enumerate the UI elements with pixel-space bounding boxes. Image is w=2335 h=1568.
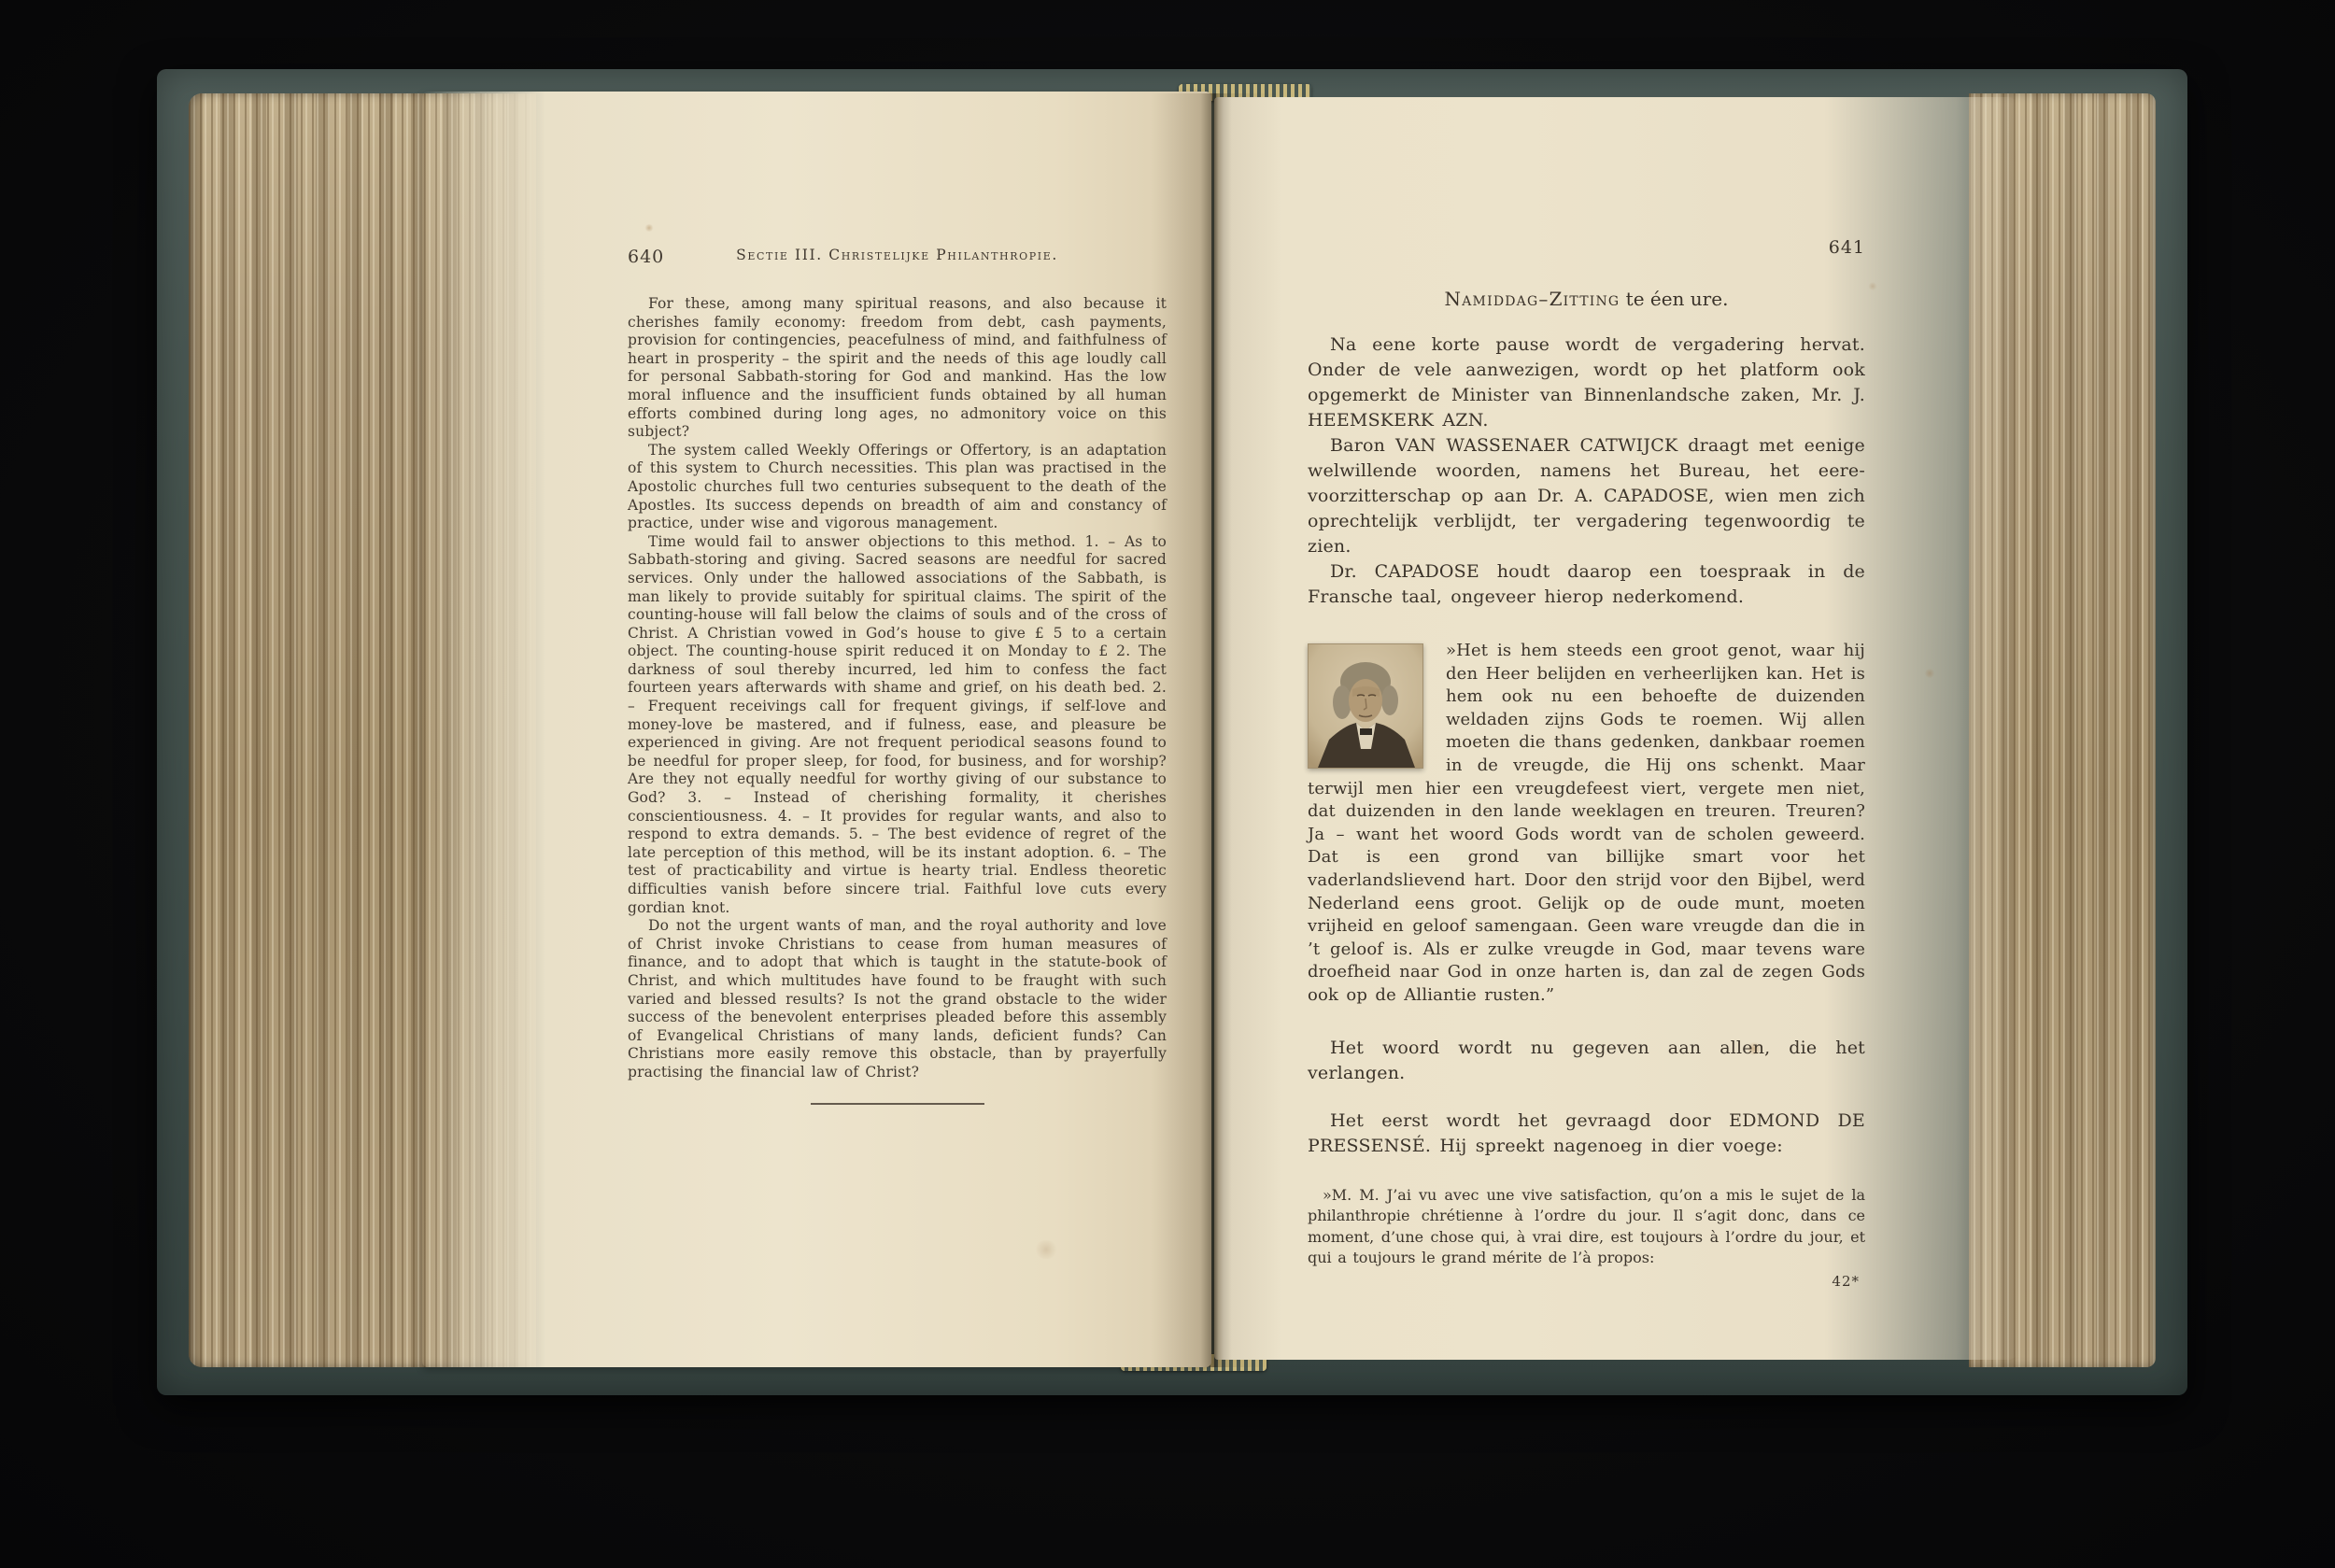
paragraph-dr-capadose: Dr. CAPADOSE houdt daarop een toespraak … [1308, 559, 1865, 610]
session-title-main: Namiddag–Zitting [1445, 288, 1620, 310]
paragraph-baron-van-wassenaer: Baron VAN WASSENAER CATWIJCK draagt met … [1308, 433, 1865, 559]
paragraph-weekly-offerings: The system called Weekly Offerings or Of… [628, 442, 1167, 533]
paragraph-het-woord: Het woord wordt nu gegeven aan allen, di… [1308, 1036, 1865, 1086]
session-title: Namiddag–Zitting te éen ure. [1308, 288, 1865, 310]
portrait-illustration [1309, 644, 1422, 768]
left-page-header: 640 Sectie III. Christelijke Philanthrop… [628, 247, 1167, 271]
capadose-quote-block: »Het is hem steeds een groot genot, waar… [1308, 640, 1865, 1008]
paragraph-na-eene-korte-pause: Na eene korte pause wordt de vergadering… [1308, 332, 1865, 433]
session-title-rest: te éen ure. [1626, 288, 1729, 310]
left-page-number: 640 [628, 247, 664, 267]
section-header: Sectie III. Christelijke Philanthropie. [628, 247, 1167, 263]
right-page: 641 Namiddag–Zitting te éen ure. Na eene… [1214, 97, 2017, 1360]
portrait-photo [1308, 643, 1423, 769]
section-divider-rule [811, 1103, 984, 1105]
right-page-number: 641 [1308, 237, 1865, 258]
paragraph-for-these: For these, among many spiritual reasons,… [628, 295, 1167, 442]
left-page: 640 Sectie III. Christelijke Philanthrop… [422, 92, 1211, 1367]
foxing-spot [1924, 669, 1935, 678]
paragraph-french-speech: »M. M. J’ai vu avec une vive satisfactio… [1308, 1185, 1865, 1269]
signature-mark: 42* [1308, 1273, 1865, 1290]
foxing-spot [1034, 1240, 1058, 1259]
photo-backdrop: 640 Sectie III. Christelijke Philanthrop… [0, 0, 2335, 1568]
foxing-spot [1868, 282, 1877, 290]
paragraph-urgent-wants: Do not the urgent wants of man, and the … [628, 917, 1167, 1081]
paragraph-objections: Time would fail to answer objections to … [628, 533, 1167, 917]
paragraph-pressense: Het eerst wordt het gevraagd door EDMOND… [1308, 1109, 1865, 1159]
